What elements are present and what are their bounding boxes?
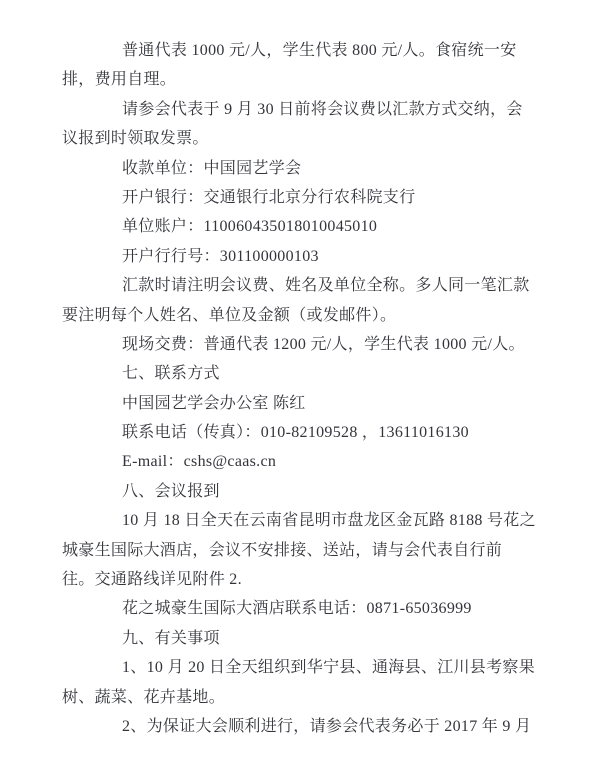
document-page: 普通代表 1000 元/人，学生代表 800 元/人。食宿统一安排，费用自理。请…	[0, 0, 600, 770]
document-line: 排，费用自理。	[62, 65, 534, 94]
document-line: 收款单位：中国园艺学会	[62, 154, 534, 183]
document-line: 汇款时请注明会议费、姓名及单位全称。多人同一笔汇款	[62, 271, 534, 300]
document-line: 往。交通路线详见附件 2.	[62, 565, 534, 594]
document-line: 1、10 月 20 日全天组织到华宁县、通海县、江川县考察果	[62, 653, 534, 682]
document-line: 中国园艺学会办公室 陈红	[62, 389, 534, 418]
document-line: 树、蔬菜、花卉基地。	[62, 683, 534, 712]
document-line: 开户行行号：301100000103	[62, 242, 534, 271]
document-line: 单位账户：110060435018010045010	[62, 212, 534, 241]
document-line: 请参会代表于 9 月 30 日前将会议费以汇款方式交纳，会	[62, 95, 534, 124]
document-line: 10 月 18 日全天在云南省昆明市盘龙区金瓦路 8188 号花之	[62, 506, 534, 535]
document-line: 议报到时领取发票。	[62, 124, 534, 153]
document-line: 现场交费：普通代表 1200 元/人，学生代表 1000 元/人。	[62, 330, 534, 359]
document-line: 开户银行：交通银行北京分行农科院支行	[62, 183, 534, 212]
document-line: 花之城豪生国际大酒店联系电话：0871-65036999	[62, 594, 534, 623]
document-body: 普通代表 1000 元/人，学生代表 800 元/人。食宿统一安排，费用自理。请…	[62, 36, 534, 741]
document-line: 联系电话（传真）：010-82109528 ，13611016130	[62, 418, 534, 447]
document-line: 城豪生国际大酒店，会议不安排接、送站，请与会代表自行前	[62, 536, 534, 565]
document-line: 2、为保证大会顺利进行，请参会代表务必于 2017 年 9 月	[62, 712, 534, 741]
document-line: 八、会议报到	[62, 477, 534, 506]
document-line: 要注明每个人姓名、单位及金额（或发邮件）。	[62, 301, 534, 330]
document-line: E-mail：cshs@caas.cn	[62, 447, 534, 476]
document-line: 七、联系方式	[62, 359, 534, 388]
document-line: 九、有关事项	[62, 624, 534, 653]
document-line: 普通代表 1000 元/人，学生代表 800 元/人。食宿统一安	[62, 36, 534, 65]
